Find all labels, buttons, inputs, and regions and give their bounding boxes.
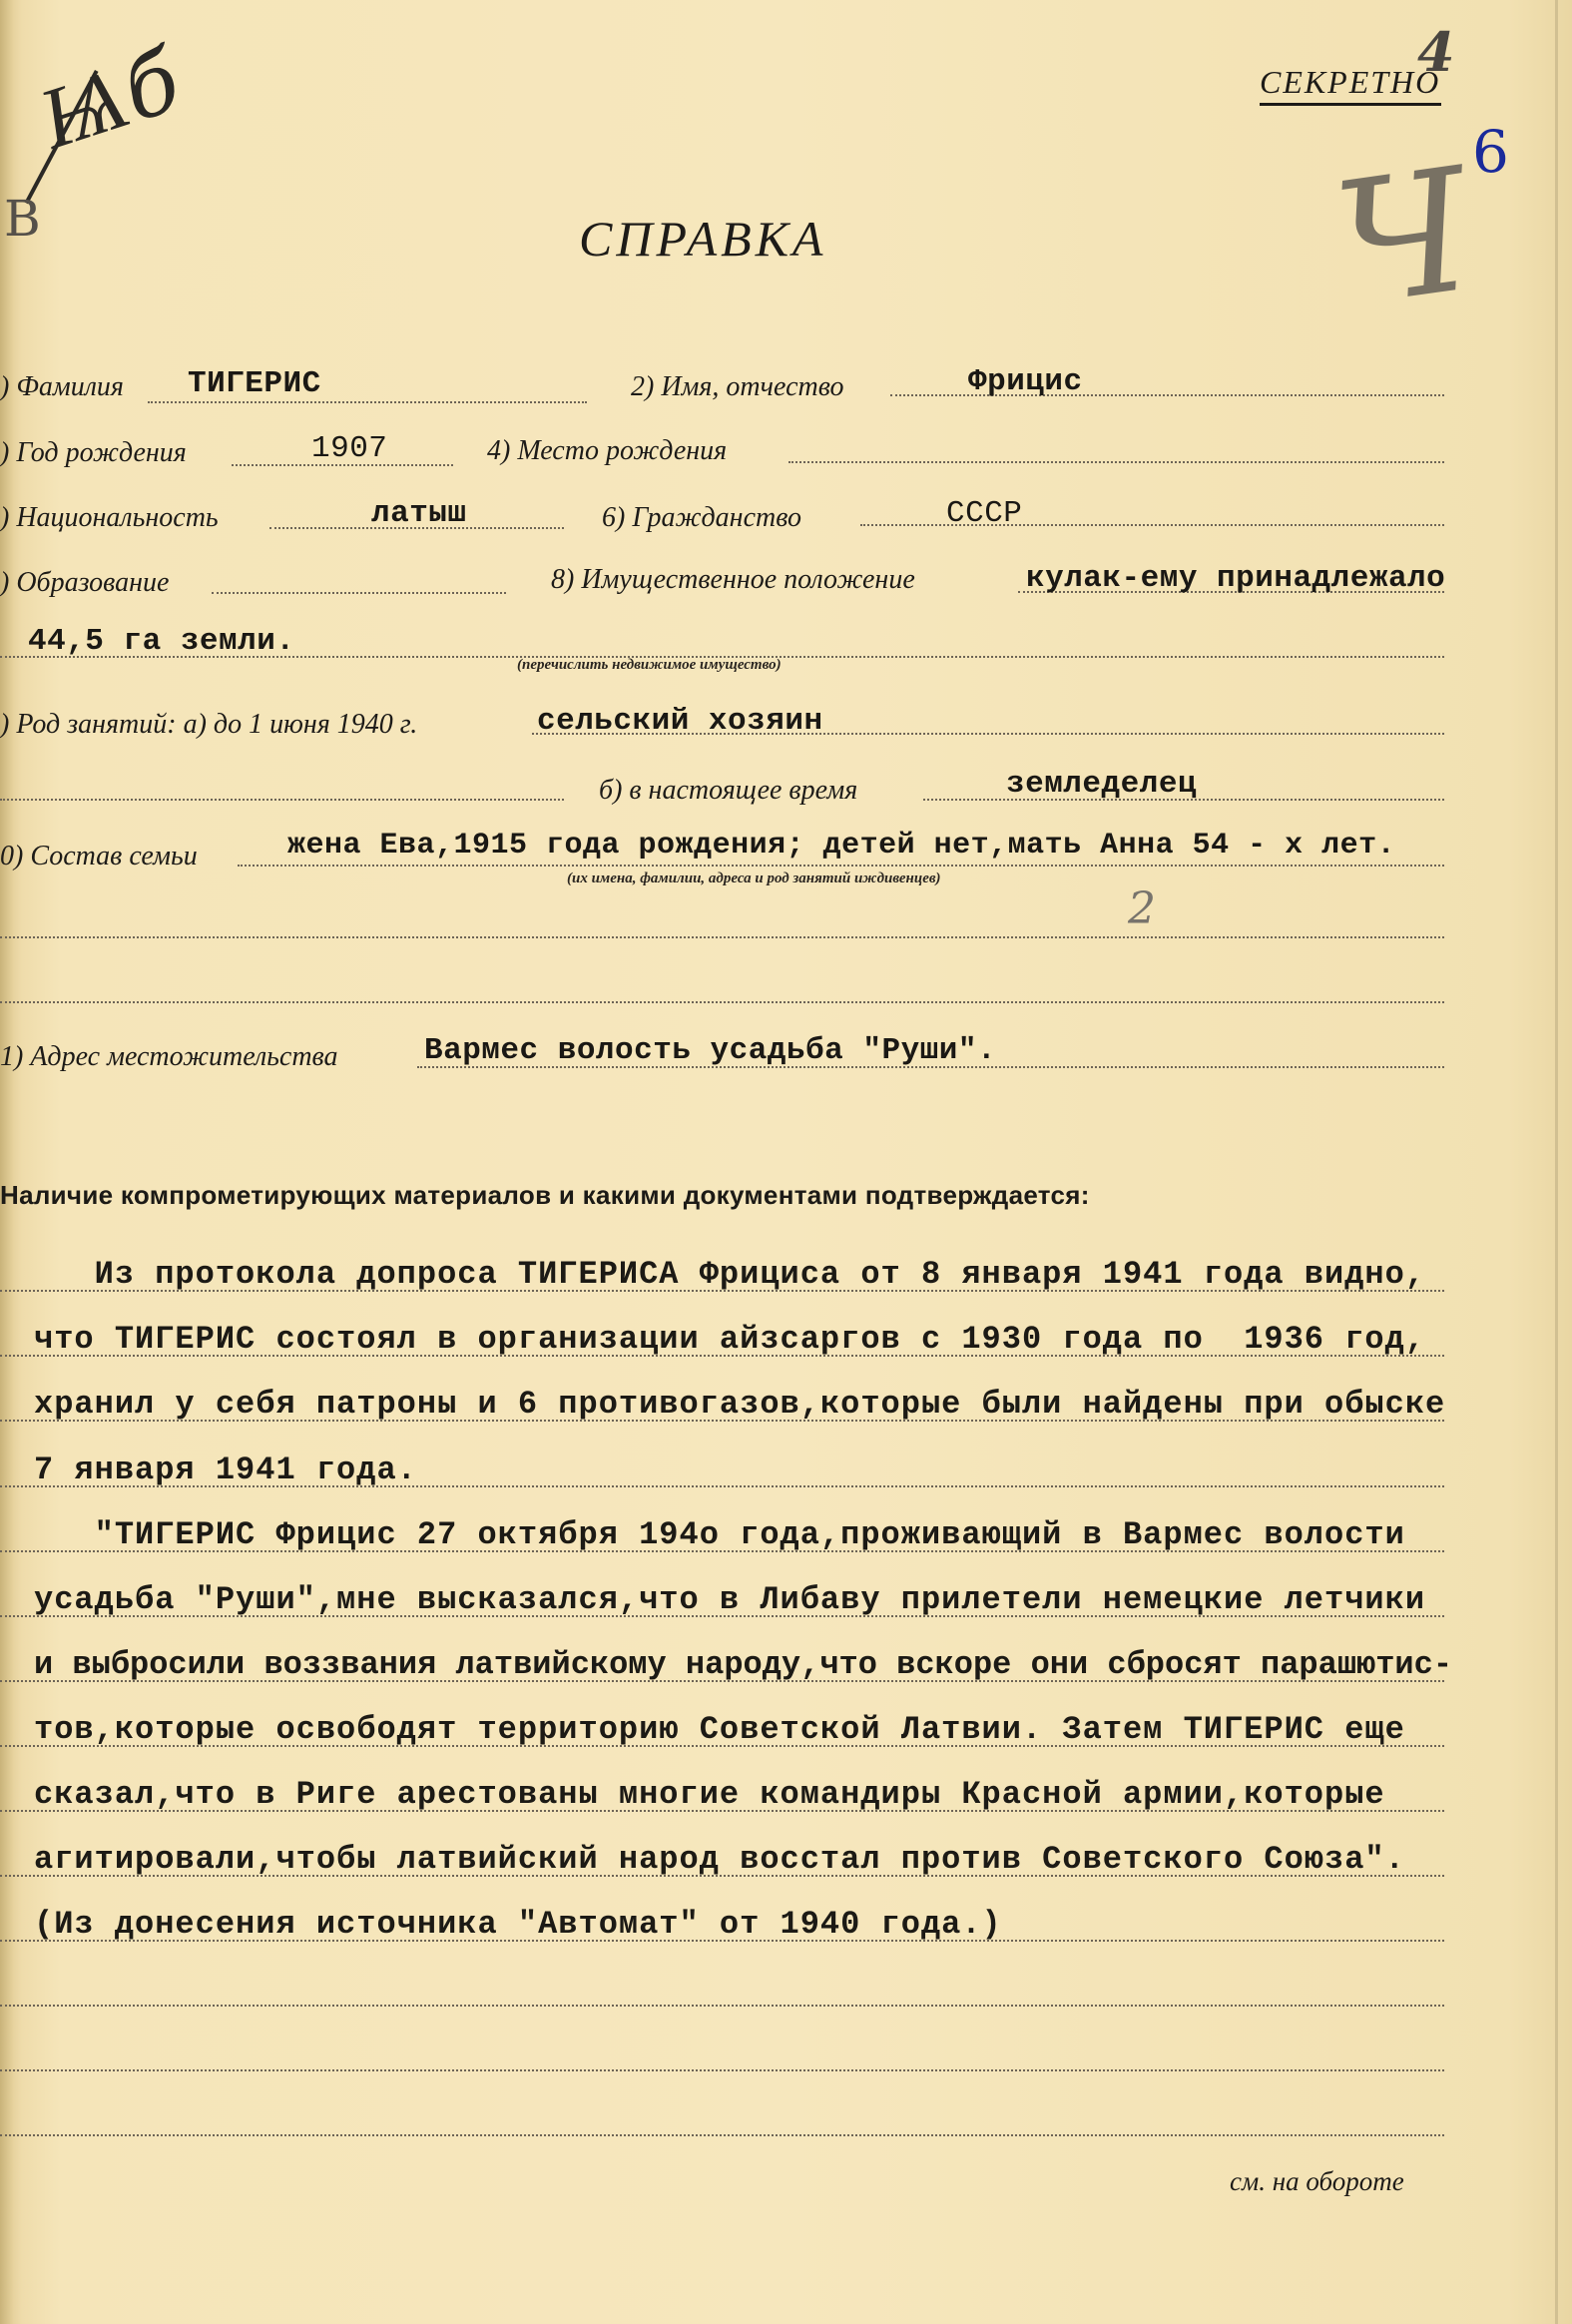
pencil-number: 4 — [1417, 20, 1455, 84]
field-label-property: 8) Имущественное положение — [551, 564, 915, 596]
field-value-occupation-now: земледелец — [1006, 767, 1197, 802]
field-value-property-line2: 44,5 га земли. — [28, 624, 294, 659]
para-line — [0, 2005, 1444, 2007]
pencil-signature: Ч — [1324, 132, 1482, 345]
margin-letter: В — [4, 190, 41, 248]
field-label-education: ) Образование — [0, 567, 169, 599]
field-value-name: Фрицис — [968, 364, 1083, 399]
compromat-line-7: и выбросили воззвания латвийскому народу… — [34, 1646, 1452, 1683]
field-value-surname: ТИГЕРИС — [188, 366, 321, 401]
field-value-property: кулак-ему принадлежало — [1026, 561, 1445, 596]
field-value-nationality: латыш — [371, 496, 467, 531]
blue-page-number: 6 — [1472, 118, 1509, 186]
property-hint: (перечислить недвижимое имущество) — [517, 657, 782, 674]
field-value-address: Вармес волость усадьба "Руши". — [424, 1033, 996, 1068]
classification-text: СЕКРЕТНО — [1260, 64, 1440, 100]
compromat-line-9: сказал,что в Риге арестованы многие кома… — [34, 1776, 1385, 1813]
field-line-education — [212, 592, 506, 594]
field-value-citizenship: СССР — [946, 496, 1022, 531]
compromat-line-11: (Из донесения источника "Автомат" от 194… — [34, 1906, 1002, 1943]
classification-underline — [1260, 103, 1441, 106]
field-label-birthplace: 4) Место рождения — [487, 435, 727, 467]
compromat-line-10: агитировали,чтобы латвийский народ восст… — [34, 1841, 1405, 1878]
compromat-heading: Наличие компрометирующих материалов и ка… — [0, 1180, 1090, 1211]
compromat-line-8: тов,которые освободят территорию Советск… — [34, 1711, 1405, 1748]
compromat-line-3: хранил у себя патроны и 6 противогазов,к… — [34, 1386, 1445, 1423]
field-line-family-3 — [0, 1001, 1444, 1003]
compromat-line-1: Из протокола допроса ТИГЕРИСА Фрициса от… — [34, 1256, 1425, 1293]
field-value-occupation-before: сельский хозяин — [537, 704, 823, 739]
field-line-family-2 — [0, 936, 1444, 938]
field-label-name: 2) Имя, отчество — [631, 371, 844, 403]
document-title: СПРАВКА — [579, 210, 826, 268]
para-line — [0, 2069, 1444, 2071]
field-label-citizenship: 6) Гражданство — [602, 502, 801, 534]
field-label-family: 0) Состав семьи — [0, 841, 198, 872]
field-line-birthplace — [788, 461, 1444, 463]
pencil-family-note: 2 — [1128, 883, 1156, 934]
field-label-nationality: ) Национальность — [0, 502, 219, 534]
field-line-surname — [148, 401, 587, 403]
field-label-occupation-now: б) в настоящее время — [599, 775, 857, 807]
compromat-line-2: что ТИГЕРИС состоял в организации айзсар… — [34, 1321, 1425, 1358]
field-label-address: 1) Адрес местожительства — [0, 1041, 338, 1073]
field-value-birth-year: 1907 — [311, 431, 387, 466]
page-edge-shadow — [0, 0, 14, 2324]
para-line — [0, 2134, 1444, 2136]
turn-over-note: см. на обороте — [1230, 2166, 1404, 2197]
compromat-line-4: 7 января 1941 года. — [34, 1452, 417, 1488]
family-hint: (их имена, фамилии, адреса и род занятий… — [567, 871, 941, 887]
compromat-line-6: усадьба "Руши",мне высказался,что в Либа… — [34, 1581, 1425, 1618]
compromat-line-5: "ТИГЕРИС Фрицис 27 октября 194о года,про… — [34, 1516, 1405, 1553]
right-edge-line — [1555, 0, 1558, 2324]
field-label-birth-year: ) Год рождения — [0, 437, 187, 469]
field-line-family — [238, 865, 1444, 867]
classification-stamp: СЕКРЕТНО — [1260, 64, 1441, 106]
field-label-occupation-before: ) Род занятий: а) до 1 июня 1940 г. — [0, 709, 417, 741]
field-label-surname: ) Фамилия — [0, 371, 124, 403]
field-value-family: жена Ева,1915 года рождения; детей нет,м… — [287, 829, 1395, 863]
field-line-occupation-pre — [0, 799, 564, 801]
